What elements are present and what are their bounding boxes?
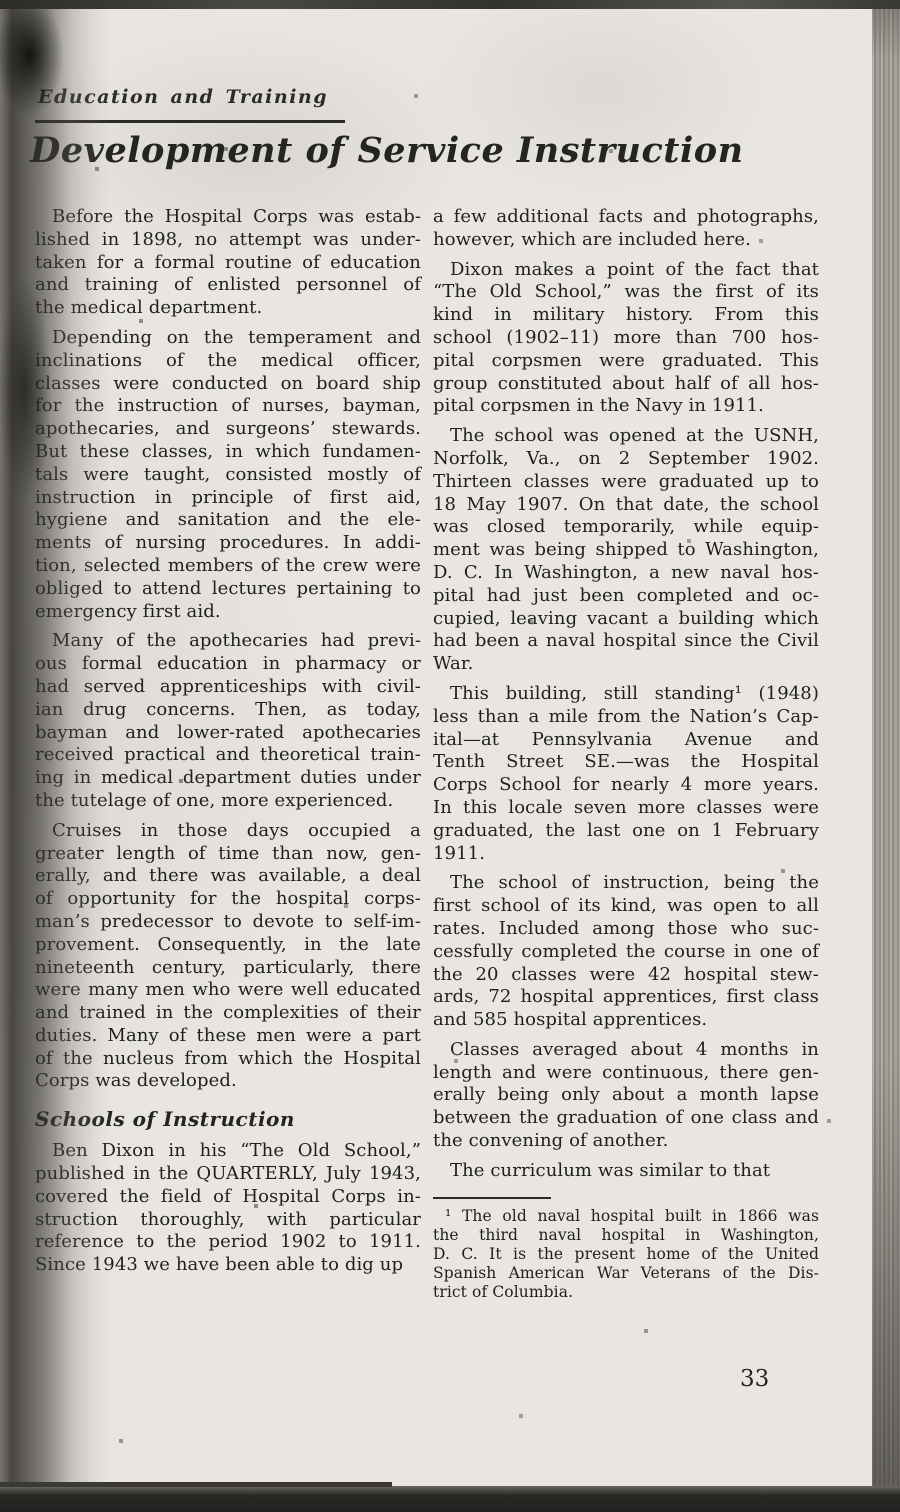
text-line: provement. Consequently, in the late [35,934,421,957]
text-line: the tutelage of one, more experienced. [35,790,421,813]
text-line: cupied, leaving vacant a building which [433,608,819,631]
text-line: obliged to attend lectures pertaining to [35,578,421,601]
scanned-page: Education and Training Development of Se… [0,0,900,1512]
text-line: between the graduation of one class and [433,1107,819,1130]
scan-edge-bottom [0,1486,900,1512]
text-line: the convening of another. [433,1130,819,1153]
text-line: ¹ The old naval hospital built in 1866 w… [433,1207,819,1226]
text-line: ments of nursing procedures. In addi- [35,532,421,555]
section-rule [35,120,345,123]
text-line: Classes averaged about 4 months in [433,1039,819,1062]
text-line: inclinations of the medical officer, [35,350,421,373]
paragraph: The curriculum was similar to that [433,1160,819,1183]
text-line: ital—at Pennsylvania Avenue and [433,729,819,752]
text-line: man’s predecessor to devote to self-im- [35,911,421,934]
footnote: ¹ The old naval hospital built in 1866 w… [433,1207,819,1303]
text-line: The school of instruction, being the [433,872,819,895]
paragraph: Before the Hospital Corps was estab-lish… [35,206,421,320]
text-line: Ben Dixon in his “The Old School,” [35,1140,421,1163]
text-line: ing in medical department duties under [35,767,421,790]
text-line: rates. Included among those who suc- [433,918,819,941]
paragraph: This building, still standing¹ (1948)les… [433,683,819,865]
text-line: reference to the period 1902 to 1911. [35,1231,421,1254]
text-line: This building, still standing¹ (1948) [433,683,819,706]
text-line: the 20 classes were 42 hospital stew- [433,964,819,987]
text-line: Corps was developed. [35,1070,421,1093]
text-line: 1911. [433,843,819,866]
text-line: and trained in the complexities of their [35,1002,421,1025]
text-line: The curriculum was similar to that [433,1160,819,1183]
text-line: of opportunity for the hospital corps- [35,888,421,911]
subsection-heading: Schools of Instruction [35,1107,421,1131]
text-line: Corps School for nearly 4 more years. [433,774,819,797]
text-line: was closed temporarily, while equip- [433,516,819,539]
page-edge-right [872,0,900,1512]
text-line: Tenth Street SE.—was the Hospital [433,751,819,774]
paragraph: a few additional facts and photographs,h… [433,206,819,252]
text-line: kind in military history. From this [433,304,819,327]
text-line: a few additional facts and photographs, [433,206,819,229]
text-line: erally, and there was available, a deal [35,865,421,888]
paragraph: Many of the apothecaries had previ-ous f… [35,630,421,812]
text-line: Depending on the temperament and [35,327,421,350]
text-line: struction thoroughly, with particular [35,1209,421,1232]
paragraph: Ben Dixon in his “The Old School,”publis… [35,1140,421,1277]
text-line: Cruises in those days occupied a [35,820,421,843]
text-line: however, which are included here. [433,229,819,252]
text-line: length and were continuous, there gen- [433,1062,819,1085]
page-title: Development of Service Instruction [30,130,744,171]
paragraph: The school of instruction, being thefirs… [433,872,819,1032]
text-line: published in the QUARTERLY, July 1943, [35,1163,421,1186]
text-line: cessfully completed the course in one of [433,941,819,964]
text-line: Many of the apothecaries had previ- [35,630,421,653]
right-column: a few additional facts and photographs,h… [433,206,819,1310]
page-number: 33 [740,1366,769,1392]
text-line: were many men who were well educated [35,979,421,1002]
text-line: duties. Many of these men were a part [35,1025,421,1048]
text-line: hygiene and sanitation and the ele- [35,509,421,532]
text-line: The school was opened at the USNH, [433,425,819,448]
text-line: emergency first aid. [35,601,421,624]
text-line: Before the Hospital Corps was estab- [35,206,421,229]
footnote-rule [433,1197,551,1199]
text-line: nineteenth century, particularly, there [35,957,421,980]
text-line: less than a mile from the Nation’s Cap- [433,706,819,729]
text-line: classes were conducted on board ship [35,373,421,396]
text-line: apothecaries, and surgeons’ stewards. [35,418,421,441]
text-line: ous formal education in pharmacy or [35,653,421,676]
text-line: bayman and lower-rated apothecaries [35,722,421,745]
text-line: lished in 1898, no attempt was under- [35,229,421,252]
text-line: the third naval hospital in Washington, [433,1226,819,1245]
text-line: D. C. In Washington, a new naval hos- [433,562,819,585]
text-line: ian drug concerns. Then, as today, [35,699,421,722]
paragraph: Depending on the temperament andinclinat… [35,327,421,623]
text-line: group constituted about half of all hos- [433,373,819,396]
text-line: In this locale seven more classes were [433,797,819,820]
text-line: War. [433,653,819,676]
text-line: Thirteen classes were graduated up to [433,471,819,494]
text-line: “The Old School,” was the first of its [433,281,819,304]
text-line: had served apprenticeships with civil- [35,676,421,699]
text-line: and 585 hospital apprentices. [433,1009,819,1032]
text-line: But these classes, in which fundamen- [35,441,421,464]
text-line: Norfolk, Va., on 2 September 1902. [433,448,819,471]
text-line: 18 May 1907. On that date, the school [433,494,819,517]
text-line: first school of its kind, was open to al… [433,895,819,918]
section-label: Education and Training [38,86,328,108]
paragraph: The school was opened at the USNH,Norfol… [433,425,819,676]
paragraph: Cruises in those days occupied agreater … [35,820,421,1094]
text-line: for the instruction of nurses, bayman, [35,395,421,418]
text-line: pital corpsmen in the Navy in 1911. [433,395,819,418]
scan-noise [0,0,2,2]
text-line: Dixon makes a point of the fact that [433,259,819,282]
text-line: tals were taught, consisted mostly of [35,464,421,487]
text-line: of the nucleus from which the Hospital [35,1048,421,1071]
text-line: instruction in principle of first aid, [35,487,421,510]
left-column: Before the Hospital Corps was estab-lish… [35,206,421,1284]
text-line: greater length of time than now, gen- [35,843,421,866]
text-line: graduated, the last one on 1 February [433,820,819,843]
text-line: ards, 72 hospital apprentices, first cla… [433,986,819,1009]
text-line: taken for a formal routine of education [35,252,421,275]
text-line: the medical department. [35,297,421,320]
text-line: Since 1943 we have been able to dig up [35,1254,421,1277]
text-line: and training of enlisted personnel of [35,274,421,297]
text-line: D. C. It is the present home of the Unit… [433,1245,819,1264]
text-line: covered the field of Hospital Corps in- [35,1186,421,1209]
scan-edge-top [0,0,900,9]
text-line: erally being only about a month lapse [433,1084,819,1107]
paragraph: Dixon makes a point of the fact that“The… [433,259,819,419]
text-line: had been a naval hospital since the Civi… [433,630,819,653]
text-line: tion, selected members of the crew were [35,555,421,578]
text-line: pital had just been completed and oc- [433,585,819,608]
text-line: received practical and theoretical train… [35,744,421,767]
text-line: trict of Columbia. [433,1283,819,1302]
text-line: Spanish American War Veterans of the Dis… [433,1264,819,1283]
text-line: pital corpsmen were graduated. This [433,350,819,373]
text-line: ment was being shipped to Washington, [433,539,819,562]
paragraph: Classes averaged about 4 months inlength… [433,1039,819,1153]
text-line: school (1902–11) more than 700 hos- [433,327,819,350]
